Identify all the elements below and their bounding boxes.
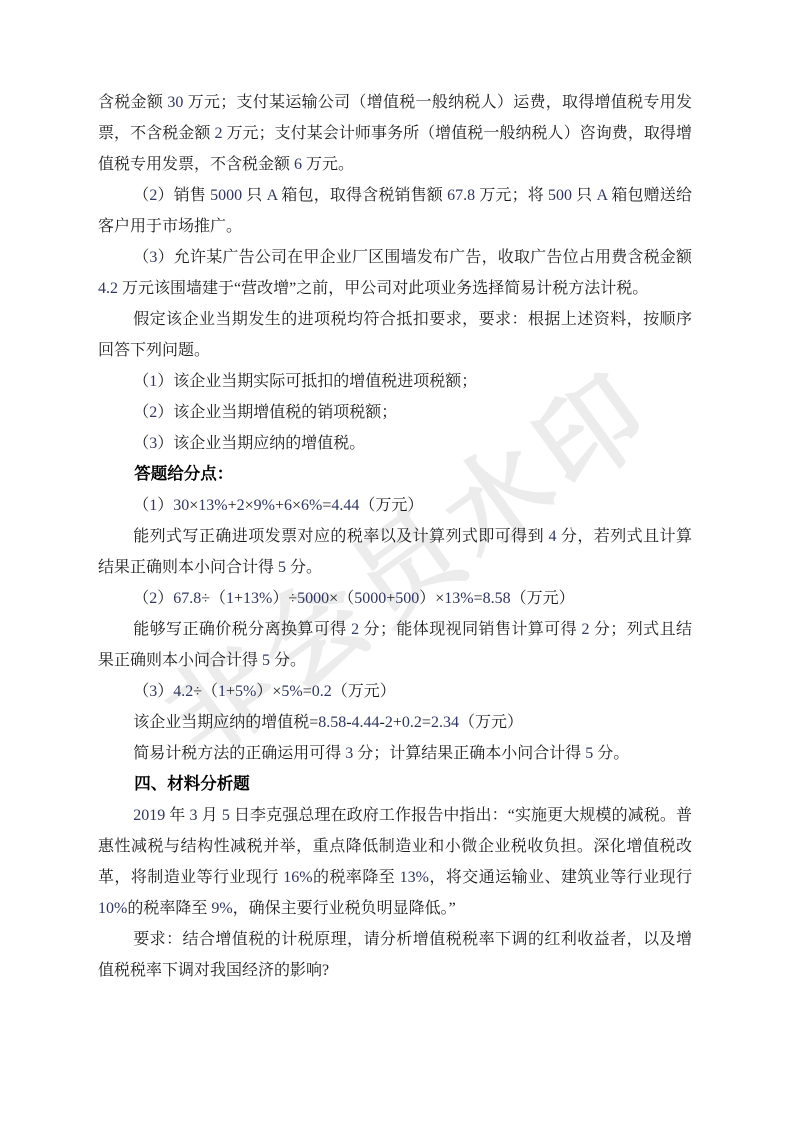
numeric-text: 0.2 [312,683,332,700]
numeric-text: 30 [173,497,189,514]
numeric-text: 3 [345,745,353,762]
numeric-text: 2 [351,621,359,638]
numeric-text: 30 [167,94,183,111]
numeric-text: 5000 [297,590,329,607]
numeric-text: 1 [218,683,226,700]
paragraph: 能列式写正确进项发票对应的税率以及计算列式即可得到 4 分，若列式且计算结果正确… [98,521,692,583]
numeric-text: 5 [278,559,286,576]
numeric-text: 13% [243,590,272,607]
numeric-text: 9% [211,900,232,917]
numeric-text: 5% [235,683,256,700]
numeric-text: 3 [149,435,157,452]
numeric-text: 6 [284,497,292,514]
numeric-text: 1 [226,590,234,607]
paragraph: 简易计税方法的正确运用可得 3 分；计算结果正确本小问合计得 5 分。 [98,738,692,769]
paragraph: （3）4.2÷（1+5%）×5%=0.2（万元） [98,676,692,707]
numeric-text: 5000 [210,187,242,204]
numeric-text: 67.8 [173,590,201,607]
numeric-text: A [267,187,278,204]
paragraph: （2）该企业当期增值税的销项税额； [98,397,692,428]
numeric-text: A [597,187,608,204]
paragraph: 含税金额 30 万元；支付某运输公司（增值税一般纳税人）运费，取得增值税专用发票… [98,87,692,180]
paragraph: （3）允许某广告公司在甲企业厂区围墙发布广告，收取广告位占用费含税金额 4.2 … [98,242,692,304]
numeric-text: 4.2 [173,683,193,700]
numeric-text: 5 [585,745,593,762]
numeric-text: 2 [581,621,589,638]
paragraph: 假定该企业当期发生的进项税均符合抵扣要求，要求：根据上述资料，按顺序回答下列问题… [98,304,692,366]
numeric-text: 13% [444,590,473,607]
numeric-text: 3 [149,683,157,700]
numeric-text: 9% [254,497,275,514]
numeric-text: 3 [190,807,198,824]
numeric-text: 500 [548,187,572,204]
paragraph: （1）该企业当期实际可抵扣的增值税进项税额； [98,366,692,397]
numeric-text: 2 [214,125,222,142]
numeric-text: 2 [149,404,157,421]
numeric-text: 67.8 [447,187,475,204]
numeric-text: 2 [149,590,157,607]
numeric-text: 2 [237,497,245,514]
numeric-text: 500 [395,590,419,607]
numeric-text: 6 [294,156,302,173]
section-heading: 答题给分点： [98,459,692,490]
numeric-text: 3 [149,249,157,266]
numeric-text: 5000 [354,590,386,607]
numeric-text: 2019 [133,807,165,824]
document-page: 非会员水印 含税金额 30 万元；支付某运输公司（增值税一般纳税人）运费，取得增… [0,0,793,1122]
numeric-text: 1 [149,373,157,390]
paragraph: （2）销售 5000 只 A 箱包，取得含税销售额 67.8 万元；将 500 … [98,180,692,242]
numeric-text: 2 [149,187,157,204]
paragraph: （2）67.8÷（1+13%）÷5000×（5000+500）×13%=8.58… [98,583,692,614]
numeric-text: 4.44 [331,497,359,514]
paragraph: （1）30×13%+2×9%+6×6%=4.44（万元） [98,490,692,521]
numeric-text: 0.2 [402,714,422,731]
numeric-text: 5% [281,683,302,700]
numeric-text: 6% [301,497,322,514]
numeric-text: 2 [385,714,393,731]
paragraph: 能够写正确价税分离换算可得 2 分；能体现视同销售计算可得 2 分；列式且结果正… [98,614,692,676]
section-heading: 四、材料分析题 [98,769,692,800]
numeric-text: 5 [262,652,270,669]
numeric-text: 5 [222,807,230,824]
numeric-text: 10% [98,900,127,917]
numeric-text: 13% [400,869,429,886]
paragraph: （3）该企业当期应纳的增值税。 [98,428,692,459]
paragraph: 要求：结合增值税的计税原理，请分析增值税税率下调的红利收益者，以及增值税税率下调… [98,924,692,986]
paragraph: 该企业当期应纳的增值税=8.58-4.44-2+0.2=2.34（万元） [98,707,692,738]
numeric-text: 4.2 [98,280,118,297]
numeric-text: 8.58 [318,714,346,731]
document-body: 含税金额 30 万元；支付某运输公司（增值税一般纳税人）运费，取得增值税专用发票… [98,87,692,986]
numeric-text: 8.58 [483,590,511,607]
paragraph: 2019 年 3 月 5 日李克强总理在政府工作报告中指出：“实施更大规模的减税… [98,800,692,924]
numeric-text: 1 [149,497,157,514]
numeric-text: 4 [549,528,557,545]
numeric-text: 16% [283,869,312,886]
numeric-text: 13% [198,497,227,514]
numeric-text: 4.44 [352,714,380,731]
numeric-text: 2.34 [431,714,459,731]
